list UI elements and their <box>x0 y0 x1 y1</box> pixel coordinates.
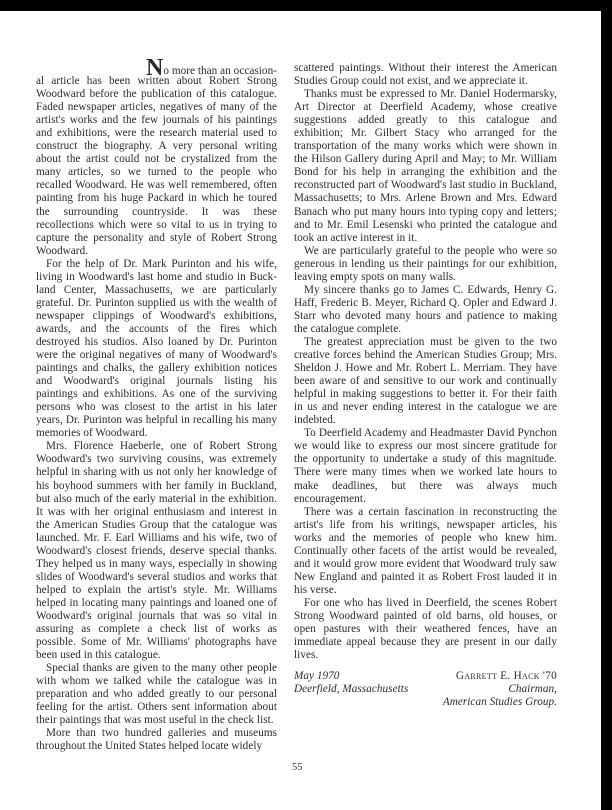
paragraph-continued: scattered paintings. Without their inter… <box>294 62 557 88</box>
signature-name: Garrett E. Hack '70 <box>443 670 557 683</box>
signature-block: May 1970 Deerfield, Massachusetts Garret… <box>294 670 557 709</box>
signature-organization: American Studies Group. <box>443 696 557 709</box>
paragraph-galleries: More than two hundred galleries and muse… <box>36 727 277 753</box>
signature-dateline: May 1970 Deerfield, Massachusetts <box>294 670 408 709</box>
paragraph-purinton: For the help of Dr. Mark Purinton and hi… <box>36 258 277 441</box>
signature-title: Chairman, <box>443 683 557 696</box>
signature-place: Deerfield, Massachusetts <box>294 683 408 696</box>
lead-line: No more than an occasion- <box>36 62 277 75</box>
page-number: 55 <box>292 762 303 773</box>
paragraph-fascination: There was a certain fascination in recon… <box>294 506 557 597</box>
paragraph-special-thanks: Special thanks are given to the many oth… <box>36 662 277 727</box>
scan-border-right <box>601 0 612 810</box>
right-column: scattered paintings. Without their inter… <box>294 62 557 709</box>
paragraph-lenders: We are particularly grateful to the peop… <box>294 245 557 284</box>
scan-border-top <box>0 0 612 11</box>
paragraph-sincere-thanks: My sincere thanks go to James C. Edwards… <box>294 284 557 336</box>
left-column: No more than an occasion- al article has… <box>36 62 277 753</box>
paragraph-haeberle: Mrs. Florence Haeberle, one of Robert St… <box>36 440 277 662</box>
signature-author: Garrett E. Hack '70 Chairman, American S… <box>443 670 557 709</box>
paragraph-deerfield-academy: To Deerfield Academy and Headmaster Davi… <box>294 427 557 505</box>
paragraph-hodermarsky: Thanks must be expressed to Mr. Daniel H… <box>294 88 557 245</box>
signature-date: May 1970 <box>294 670 408 683</box>
paragraph-intro: al article has been written about Robert… <box>36 75 277 258</box>
paragraph-deerfield-scenes: For one who has lived in Deerfield, the … <box>294 597 557 662</box>
paragraph-appreciation: The greatest appreciation must be given … <box>294 336 557 427</box>
